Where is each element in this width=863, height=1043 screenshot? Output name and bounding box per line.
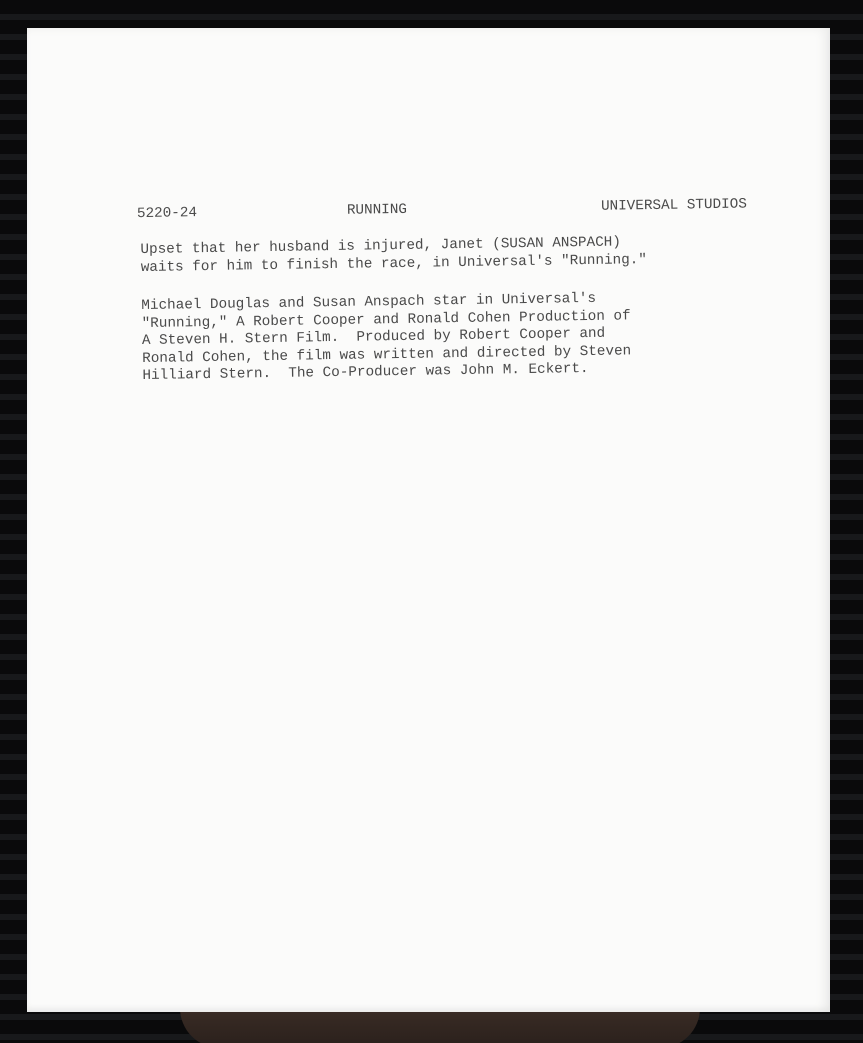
photo-number: 5220-24 [137, 205, 197, 223]
credits-paragraph: Michael Douglas and Susan Anspach star i… [141, 290, 631, 385]
film-title: RUNNING [347, 202, 407, 220]
header-line: 5220-24 RUNNING UNIVERSAL STUDIOS [137, 196, 747, 226]
press-photo-back: 5220-24 RUNNING UNIVERSAL STUDIOS Upset … [27, 28, 830, 1012]
caption-paragraph: Upset that her husband is injured, Janet… [140, 234, 647, 277]
scanner-background-shadow [180, 1008, 700, 1043]
studio-name: UNIVERSAL STUDIOS [601, 196, 747, 216]
typed-text-block: 5220-24 RUNNING UNIVERSAL STUDIOS Upset … [24, 17, 842, 1013]
